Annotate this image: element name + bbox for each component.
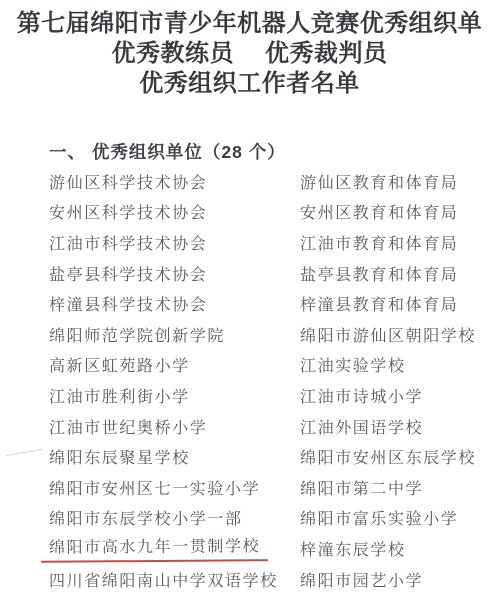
org-name-left: 绵阳东辰聚星学校 [49, 445, 300, 468]
org-name-left: 梓潼县科学技术协会 [49, 292, 300, 315]
org-name-left: 盐亭县科学技术协会 [49, 262, 300, 285]
table-row: 绵阳师范学院创新学院 绵阳市游仙区朝阳学校 [49, 319, 499, 350]
org-name-left: 绵阳市安州区七一实验小学 [49, 476, 300, 499]
org-name-left: 四川省绵阳南山中学双语学校 [49, 568, 300, 591]
org-name-left: 江油市胜利街小学 [49, 384, 300, 407]
section-heading: 一、 优秀组织单位（28 个） [49, 141, 499, 163]
table-row: 安州区科学技术协会 安州区教育和体育局 [49, 197, 499, 228]
table-row: 游仙区科学技术协会 游仙区教育和体育局 [49, 166, 499, 197]
org-name-right: 绵阳市游仙区朝阳学校 [300, 323, 499, 346]
document-page: 第七届绵阳市青少年机器人竞赛优秀组织单 优秀教练员 优秀裁判员 优秀组织工作者名… [0, 0, 499, 605]
org-name-right: 江油市教育和体育局 [300, 231, 499, 254]
org-name-left: 江油市世纪奥桥小学 [49, 415, 300, 438]
org-name-left: 高新区虹苑路小学 [49, 353, 300, 376]
title-line-1: 第七届绵阳市青少年机器人竞赛优秀组织单 [0, 9, 499, 39]
org-name-left: 绵阳市高水九年一贯制学校 [49, 534, 300, 562]
org-name-left: 绵阳市东辰学校小学一部 [49, 506, 300, 529]
title-line-2: 优秀教练员 优秀裁判员 [0, 39, 499, 69]
org-name-right: 梓潼县教育和体育局 [300, 292, 499, 315]
org-name-left: 游仙区科学技术协会 [49, 170, 300, 193]
org-name-right: 绵阳市安州区东辰学校 [300, 445, 499, 468]
table-row: 江油市胜利街小学 江油市诗城小学 [49, 380, 499, 411]
org-name-right: 游仙区教育和体育局 [300, 170, 499, 193]
table-row: 梓潼县科学技术协会 梓潼县教育和体育局 [49, 288, 499, 319]
org-name-right: 梓潼东辰学校 [300, 537, 499, 560]
table-row: 江油市世纪奥桥小学 江油外国语学校 [49, 411, 499, 442]
document-title: 第七届绵阳市青少年机器人竞赛优秀组织单 优秀教练员 优秀裁判员 优秀组织工作者名… [0, 9, 499, 99]
red-underlined-org-name: 绵阳市高水九年一贯制学校 [41, 534, 268, 564]
table-row: 绵阳市东辰学校小学一部 绵阳市富乐实验小学 [49, 503, 499, 534]
org-list: 游仙区科学技术协会 游仙区教育和体育局 安州区科学技术协会 安州区教育和体育局 … [49, 166, 499, 594]
table-row: 四川省绵阳南山中学双语学校 绵阳市园艺小学 [49, 564, 499, 595]
scan-artifact-line [5, 449, 43, 457]
org-name-left: 安州区科学技术协会 [49, 200, 300, 223]
title-line-3: 优秀组织工作者名单 [0, 69, 499, 99]
org-name-right: 绵阳市第二中学 [300, 476, 499, 499]
org-name-left: 江油市科学技术协会 [49, 231, 300, 254]
org-name-right: 绵阳市富乐实验小学 [300, 506, 499, 529]
org-name-right: 盐亭县教育和体育局 [300, 262, 499, 285]
table-row: 盐亭县科学技术协会 盐亭县教育和体育局 [49, 258, 499, 289]
org-name-right: 江油外国语学校 [300, 415, 499, 438]
org-name-left: 绵阳师范学院创新学院 [49, 323, 300, 346]
table-row: 绵阳市高水九年一贯制学校 梓潼东辰学校 [49, 533, 499, 564]
table-row: 江油市科学技术协会 江油市教育和体育局 [49, 227, 499, 258]
table-row: 绵阳市安州区七一实验小学 绵阳市第二中学 [49, 472, 499, 503]
org-name-right: 江油实验学校 [300, 353, 499, 376]
org-name-right: 江油市诗城小学 [300, 384, 499, 407]
table-row: 绵阳东辰聚星学校 绵阳市安州区东辰学校 [49, 441, 499, 472]
org-name-right: 安州区教育和体育局 [300, 200, 499, 223]
table-row: 高新区虹苑路小学 江油实验学校 [49, 350, 499, 381]
org-name-right: 绵阳市园艺小学 [300, 568, 499, 591]
